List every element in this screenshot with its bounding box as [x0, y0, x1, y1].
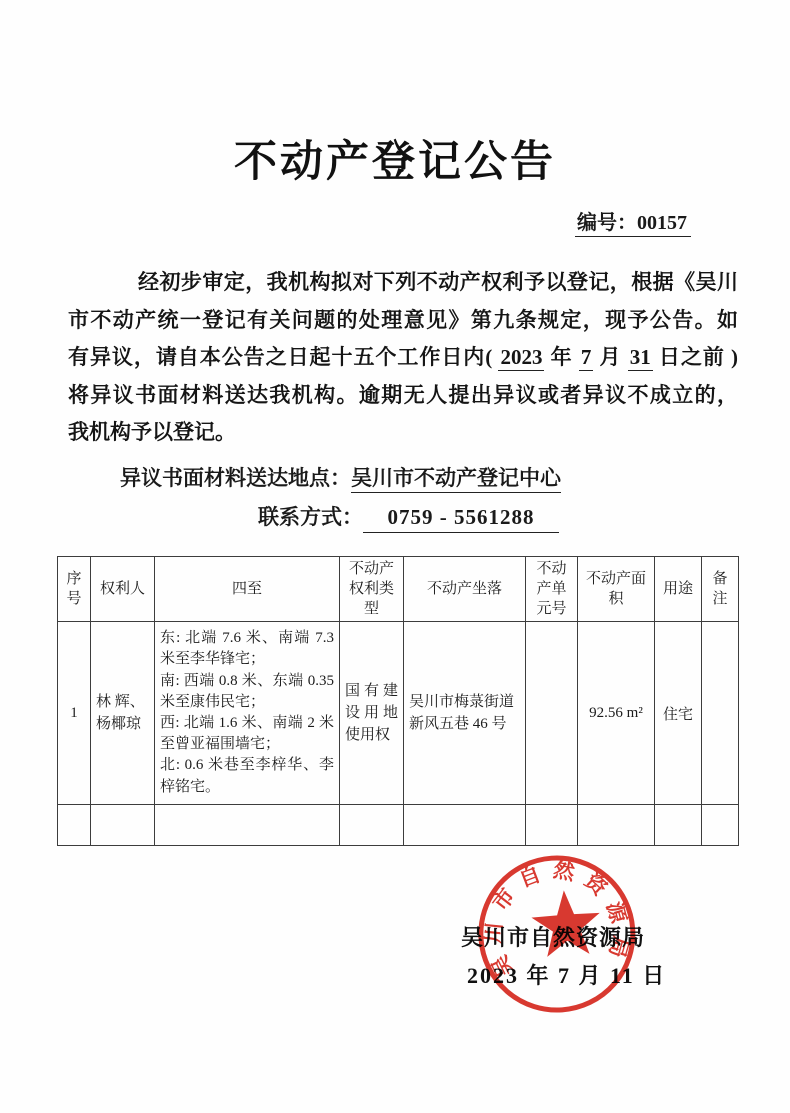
- boundary-west: 西: 北端 1.6 米、南端 2 米至曾亚福围墙宅；: [160, 713, 334, 755]
- doc-number-value: 00157: [637, 212, 687, 234]
- doc-number-text: 编号：00157: [575, 212, 691, 237]
- header-right-type: 不动产权利类型: [340, 557, 404, 622]
- cell-location: 吴川市梅菉街道新风五巷 46 号: [404, 622, 526, 805]
- deadline-prefix: 有异议，请自本公告之日起十五个工作日内(: [68, 345, 498, 369]
- cell-owner: 林 辉、 杨椰琼: [91, 622, 155, 805]
- header-boundaries: 四至: [155, 557, 340, 622]
- boundary-east: 东: 北端 7.6 米、南端 7.3 米至李华锋宅；: [160, 628, 334, 670]
- cell-remark: [702, 622, 739, 805]
- header-area: 不动产面积: [578, 557, 655, 622]
- page-title: 不动产登记公告: [0, 128, 790, 189]
- boundary-north: 北: 0.6 米巷至李梓华、李梓铭宅。: [160, 755, 334, 797]
- cell-unit-no: [526, 622, 578, 805]
- cell-usage: 住宅: [655, 622, 702, 805]
- owner-name-line1: 林 辉、: [96, 691, 149, 713]
- contact-label: 联系方式：: [258, 505, 363, 529]
- header-seq: 序号: [58, 557, 91, 622]
- header-owner: 权利人: [91, 557, 155, 622]
- document-page: 不动产登记公告 编号：00157 经初步审定，我机构拟对下列不动产权利予以登记，…: [0, 0, 790, 1113]
- doc-number: 编号：00157: [575, 206, 691, 235]
- cell-right-type: 国有建设用地使用权: [340, 622, 404, 805]
- body-line-4: 将异议书面材料送达我机构。逾期无人提出异议或者异议不成立的，: [68, 377, 738, 415]
- body-line-3: 有异议，请自本公告之日起十五个工作日内( 2023 年 7 月 31 日之前 ): [68, 339, 738, 377]
- registration-table: 序号 权利人 四至 不动产权利类型 不动产坐落 不动产单元号 不动产面积 用途 …: [57, 556, 739, 846]
- seal-star-icon: [530, 888, 603, 958]
- official-seal: 吴川市自然资源局: [468, 847, 645, 1024]
- body-line-1: 经初步审定，我机构拟对下列不动产权利予以登记，根据《吴川: [68, 264, 738, 302]
- announcement-body: 经初步审定，我机构拟对下列不动产权利予以登记，根据《吴川 市不动产统一登记有关问…: [68, 264, 738, 452]
- cell-seq: 1: [58, 622, 91, 805]
- table-row: 1 林 辉、 杨椰琼 东: 北端 7.6 米、南端 7.3 米至李华锋宅； 南:…: [58, 622, 739, 805]
- header-unit-no: 不动产单元号: [526, 557, 578, 622]
- deadline-suffix: 日之前 ): [653, 345, 738, 369]
- doc-number-label: 编号：: [577, 212, 637, 234]
- deadline-day: 31: [628, 345, 653, 371]
- contact-line: 联系方式：0759 - 5561288: [258, 501, 559, 533]
- body-line-2: 市不动产统一登记有关问题的处理意见》第九条规定，现予公告。如: [68, 302, 738, 340]
- header-remark: 备注: [702, 557, 739, 622]
- table-empty-row: [58, 805, 739, 846]
- body-line-5: 我机构予以登记。: [68, 414, 738, 452]
- delivery-address-value: 吴川市不动产登记中心: [351, 466, 561, 493]
- owner-name-line2: 杨椰琼: [96, 713, 149, 735]
- deadline-year: 2023: [498, 345, 544, 371]
- cell-area: 92.56 m²: [578, 622, 655, 805]
- year-unit: 年: [544, 345, 578, 369]
- month-unit: 月: [593, 345, 627, 369]
- header-usage: 用途: [655, 557, 702, 622]
- cell-boundaries: 东: 北端 7.6 米、南端 7.3 米至李华锋宅； 南: 西端 0.8 米、东…: [155, 622, 340, 805]
- table-header-row: 序号 权利人 四至 不动产权利类型 不动产坐落 不动产单元号 不动产面积 用途 …: [58, 557, 739, 622]
- delivery-address-label: 异议书面材料送达地点：: [120, 466, 351, 490]
- delivery-address-line: 异议书面材料送达地点：吴川市不动产登记中心: [120, 462, 561, 492]
- header-location: 不动产坐落: [404, 557, 526, 622]
- contact-phone: 0759 - 5561288: [363, 505, 559, 533]
- boundary-south: 南: 西端 0.8 米、东端 0.35 米至康伟民宅；: [160, 671, 334, 713]
- deadline-month: 7: [579, 345, 594, 371]
